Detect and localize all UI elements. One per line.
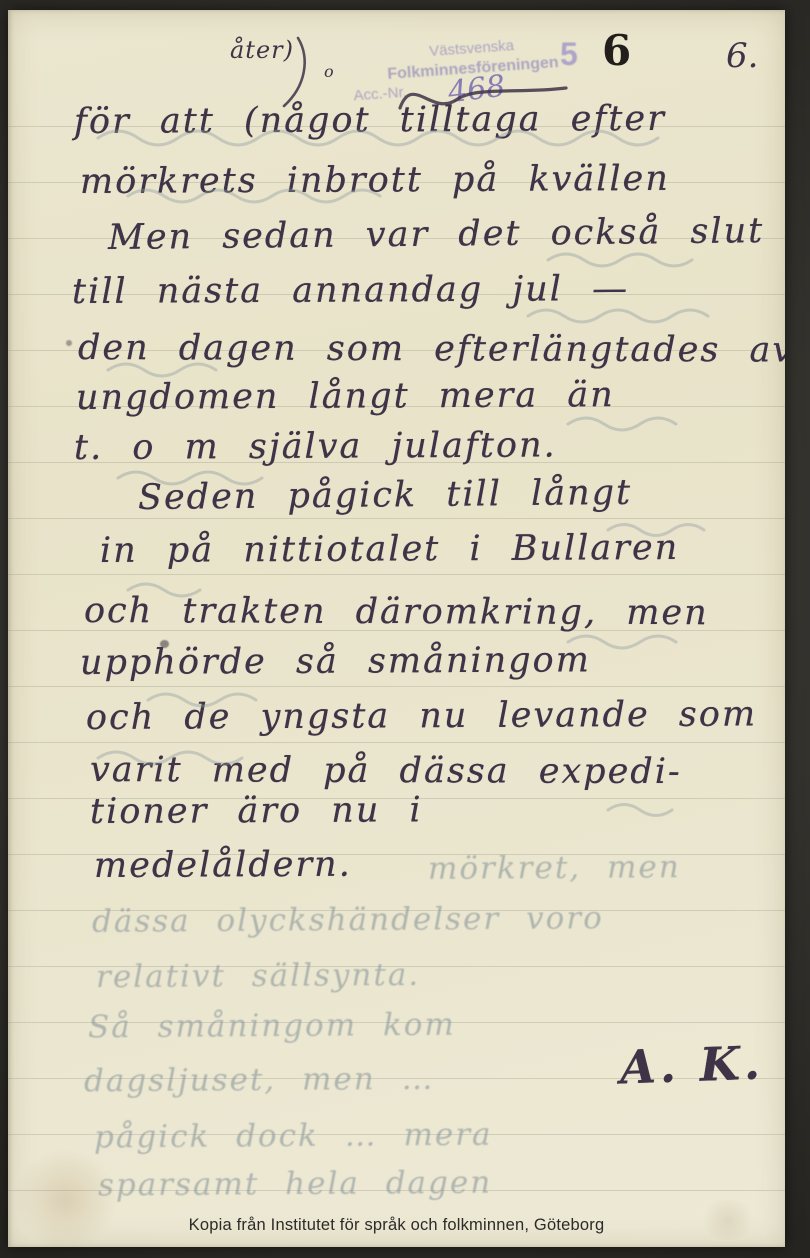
manuscript-line: t. o m själva julafton. [74, 425, 557, 468]
bleedthrough-line: sparsamt hela dagen [98, 1165, 492, 1204]
manuscript-line: tioner äro nu i [90, 790, 423, 832]
ink-speck [66, 340, 72, 346]
insertion-mark: o [324, 62, 334, 81]
manuscript-line: ungdomen långt mera än [76, 375, 615, 418]
handwritten-page-number: 6. [726, 36, 758, 76]
manuscript-line: Men sedan var det också slut [108, 211, 765, 258]
manuscript-line: medelåldern. [94, 845, 352, 886]
bleedthrough-line: pågick dock … mera [94, 1117, 493, 1156]
manuscript-line: mörkrets inbrott på kvällen [80, 159, 670, 202]
manuscript-line: och de yngsta nu levande som [86, 694, 757, 738]
manuscript-line: den dagen som efterlängtades av [78, 328, 785, 370]
bleedthrough-line: relativt sällsynta. [96, 957, 420, 995]
manuscript-line: upphörde så småningom [80, 640, 591, 683]
manuscript-page: Västsvenska Folkminnesföreningen Acc.-Nr… [8, 10, 785, 1247]
bleedthrough-line: mörkret, men [428, 849, 681, 887]
signature: A. K. [619, 1036, 765, 1095]
bleedthrough-line: dagsljuset, men … [84, 1061, 435, 1099]
stamp-number: 5 [560, 36, 578, 73]
bleedthrough-line: dässa olyckshändelser voro [92, 900, 604, 940]
manuscript-line: till nästa annandag jul — [72, 269, 629, 312]
manuscript-line: in på nittiotalet i Bullaren [100, 528, 679, 571]
printed-page-number: 6 [602, 26, 631, 75]
manuscript-line: och trakten däromkring, men [84, 591, 709, 633]
insertion-annotation: åter) [230, 36, 294, 64]
manuscript-line: Seden pågick till långt [138, 473, 633, 518]
archive-caption: Kopia från Institutet för språk och folk… [8, 1216, 785, 1235]
manuscript-line: varit med på dässa expedi- [90, 750, 682, 792]
bleedthrough-line: Så småningom kom [88, 1007, 456, 1046]
manuscript-line: för att (något tilltaga efter [74, 99, 666, 142]
